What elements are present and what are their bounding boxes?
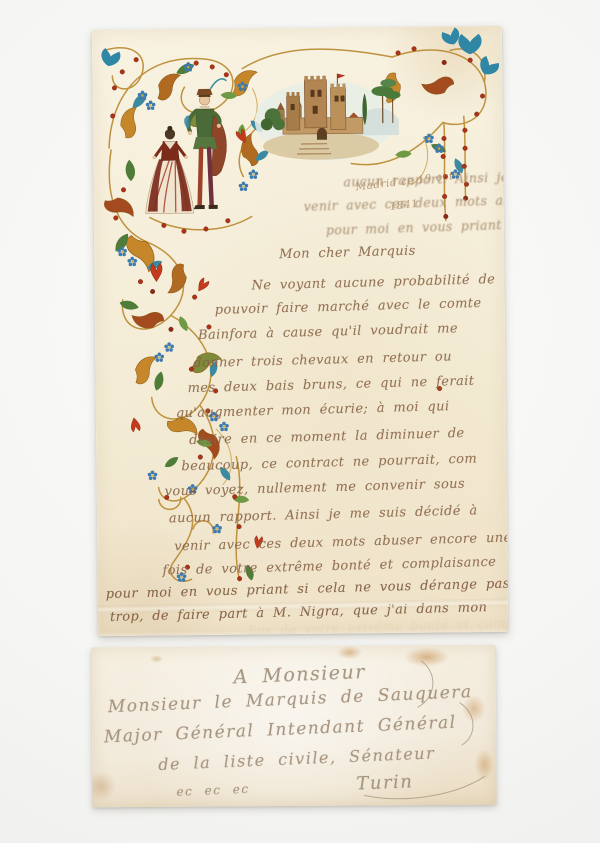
castle-illustration (254, 73, 401, 162)
photograph-of-letter: aucun rapport. Ainsi je me suis décidé à… (0, 0, 600, 843)
address-destination: Turin (356, 771, 414, 794)
letter-sheet: aucun rapport. Ainsi je me suis décidé à… (92, 26, 508, 636)
envelope: A Monsieur Monsieur le Marquis de Sauque… (91, 645, 496, 808)
couple-illustration (144, 79, 227, 214)
